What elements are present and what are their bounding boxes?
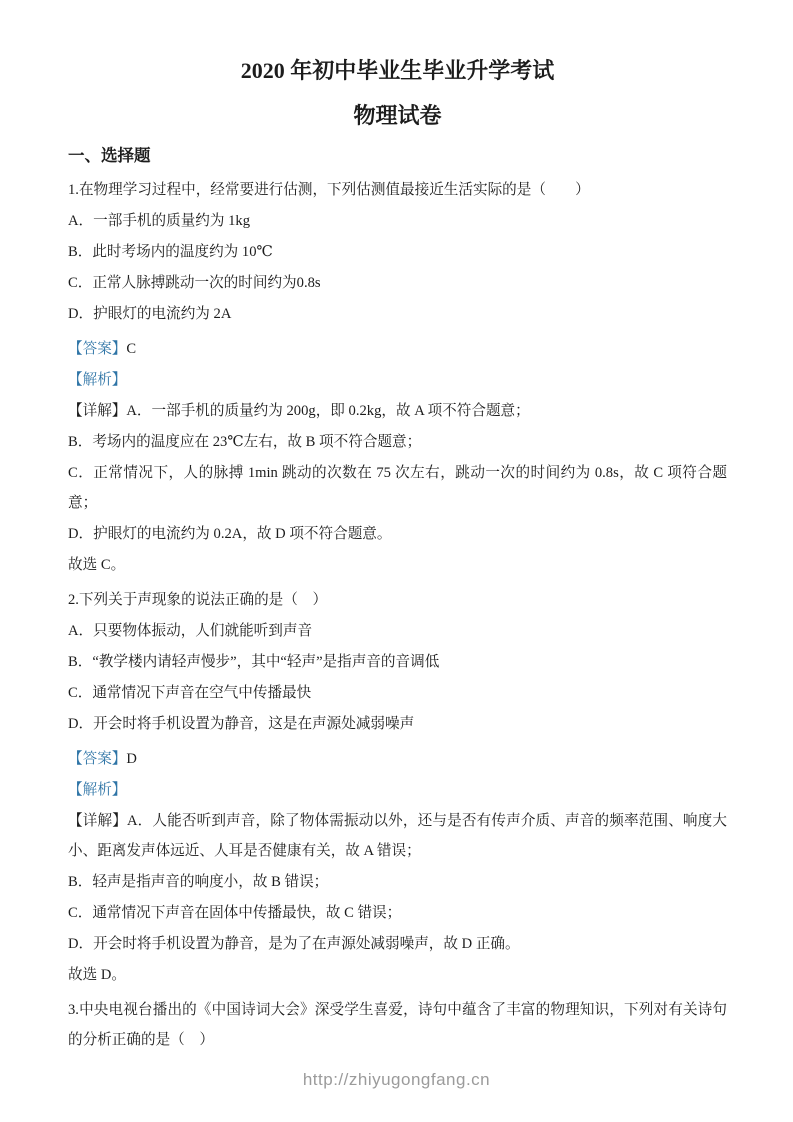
question-1-answer-value: C: [126, 341, 136, 357]
question-1-option-d: D．护眼灯的电流约为 2A: [68, 299, 727, 329]
question-1-explanation-d: D．护眼灯的电流约为 0.2A，故 D 项不符合题意。: [68, 519, 727, 549]
question-2-explanation-d: D．开会时将手机设置为静音，是为了在声源处减弱噪声，故 D 正确。: [68, 929, 727, 959]
document-subtitle: 物理试卷: [68, 101, 727, 131]
question-1-explanation-c: C．正常情况下，人的脉搏 1min 跳动的次数在 75 次左右，跳动一次的时间约…: [68, 458, 727, 518]
question-2-option-d: D．开会时将手机设置为静音，这是在声源处减弱噪声: [68, 709, 727, 739]
question-1-option-c: C．正常人脉搏跳动一次的时间约为0.8s: [68, 268, 727, 298]
question-1-answer-label: 【答案】: [68, 341, 126, 357]
question-1-option-a: A．一部手机的质量约为 1kg: [68, 206, 727, 236]
question-1-analysis-line: 【解析】: [68, 365, 727, 395]
question-1-explanation-b: B．考场内的温度应在 23℃左右，故 B 项不符合题意；: [68, 427, 727, 457]
question-1-conclusion: 故选 C。: [68, 550, 727, 580]
question-2-explanation-a: 【详解】A．人能否听到声音，除了物体需振动以外，还与是否有传声介质、声音的频率范…: [68, 806, 727, 866]
question-2-stem: 2.下列关于声现象的说法正确的是（ ）: [68, 585, 727, 615]
question-2-analysis-line: 【解析】: [68, 775, 727, 805]
question-1-analysis-label: 【解析】: [68, 372, 126, 388]
question-2-conclusion: 故选 D。: [68, 960, 727, 990]
footer-url: http://zhiyugongfang.cn: [0, 1070, 793, 1090]
question-2-explanation-c: C．通常情况下声音在固体中传播最快，故 C 错误；: [68, 898, 727, 928]
question-1-explanation-a: 【详解】A．一部手机的质量约为 200g，即 0.2kg，故 A 项不符合题意；: [68, 396, 727, 426]
question-3-stem: 3.中央电视台播出的《中国诗词大会》深受学生喜爱，诗句中蕴含了丰富的物理知识，下…: [68, 995, 727, 1055]
document-title: 2020 年初中毕业生毕业升学考试: [68, 56, 727, 86]
question-1-option-b: B．此时考场内的温度约为 10℃: [68, 237, 727, 267]
section-heading-multiple-choice: 一、选择题: [68, 143, 727, 169]
exam-document-page: 2020 年初中毕业生毕业升学考试 物理试卷 一、选择题 1.在物理学习过程中，…: [0, 0, 793, 1122]
question-2-option-a: A．只要物体振动，人们就能听到声音: [68, 616, 727, 646]
question-1-stem: 1.在物理学习过程中，经常要进行估测，下列估测值最接近生活实际的是（ ）: [68, 175, 727, 205]
question-2-option-b: B．“教学楼内请轻声慢步”，其中“轻声”是指声音的音调低: [68, 647, 727, 677]
question-2-answer-value: D: [126, 751, 137, 767]
question-2-analysis-label: 【解析】: [68, 782, 126, 798]
question-1-answer-line: 【答案】C: [68, 334, 727, 364]
question-2-explanation-b: B．轻声是指声音的响度小，故 B 错误；: [68, 867, 727, 897]
question-2-answer-label: 【答案】: [68, 751, 126, 767]
question-2-answer-line: 【答案】D: [68, 744, 727, 774]
question-2-option-c: C．通常情况下声音在空气中传播最快: [68, 678, 727, 708]
